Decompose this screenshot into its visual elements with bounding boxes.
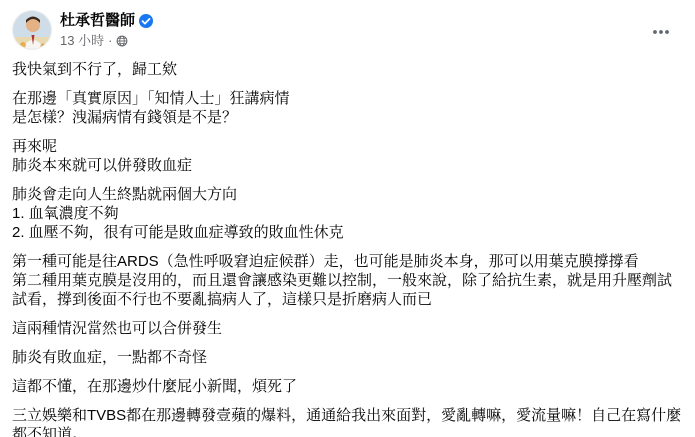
post-text-line: 在那邊「真實原因」「知情人士」狂講病情 [12,89,683,108]
post-meta: 13 小時 · [60,33,153,49]
post-text-line: 我快氣到不行了，歸工欸 [12,60,683,79]
post-paragraph: 肺炎有敗血症，一點都不奇怪 [12,348,683,367]
meta-separator: · [108,33,112,49]
post-paragraph: 在那邊「真實原因」「知情人士」狂講病情 是怎樣？洩漏病情有錢領是不是？ [12,89,683,127]
post-text-line: 再來呢 [12,137,683,156]
post-paragraph: 再來呢 肺炎本來就可以併發敗血症 [12,137,683,175]
post-paragraph: 這都不懂，在那邊炒什麼屁小新聞，煩死了 [12,377,683,396]
three-dots-icon [651,22,671,42]
avatar[interactable] [12,10,52,50]
post-text-line: 肺炎本來就可以併發敗血症 [12,156,683,175]
post-paragraph: 第一種可能是往ARDS（急性呼吸窘迫症候群）走，也可能是肺炎本身，那可以用葉克膜… [12,252,683,309]
post-text-line: 肺炎有敗血症，一點都不奇怪 [12,348,683,367]
header-text: 杜承哲醫師 13 小時 · [60,10,153,49]
author-name[interactable]: 杜承哲醫師 [60,11,135,30]
timestamp[interactable]: 13 小時 [60,33,104,49]
verified-badge-icon [139,14,153,28]
post-header: 杜承哲醫師 13 小時 · [12,10,683,50]
post-body: 我快氣到不行了，歸工欸 在那邊「真實原因」「知情人士」狂講病情 是怎樣？洩漏病情… [12,60,683,437]
post-text-line: 三立娛樂和TVBS都在那邊轉發壹蘋的爆料，通通給我出來面對，愛亂轉嘛，愛流量嘛！… [12,406,683,437]
post-paragraph: 我快氣到不行了，歸工欸 [12,60,683,79]
post-paragraph: 這兩種情況當然也可以合併發生 [12,319,683,338]
post-text-line: 這都不懂，在那邊炒什麼屁小新聞，煩死了 [12,377,683,396]
more-options-button[interactable] [645,16,677,48]
post-text-line: 2. 血壓不夠，很有可能是敗血症導致的敗血性休克 [12,223,683,242]
post-text-line: 第二種用葉克膜是沒用的，而且還會讓感染更難以控制，一般來說，除了給抗生素，就是用… [12,271,683,309]
post-text-line: 1. 血氧濃度不夠 [12,204,683,223]
post-text-line: 肺炎會走向人生終點就兩個大方向 [12,185,683,204]
post-text-line: 這兩種情況當然也可以合併發生 [12,319,683,338]
post-paragraph: 肺炎會走向人生終點就兩個大方向 1. 血氧濃度不夠 2. 血壓不夠，很有可能是敗… [12,185,683,242]
post-text-line: 是怎樣？洩漏病情有錢領是不是？ [12,108,683,127]
avatar-image [13,11,52,50]
facebook-post: 杜承哲醫師 13 小時 · [0,0,695,437]
post-text-line: 第一種可能是往ARDS（急性呼吸窘迫症候群）走，也可能是肺炎本身，那可以用葉克膜… [12,252,683,271]
post-paragraph: 三立娛樂和TVBS都在那邊轉發壹蘋的爆料，通通給我出來面對，愛亂轉嘛，愛流量嘛！… [12,406,683,437]
globe-icon [116,35,128,47]
